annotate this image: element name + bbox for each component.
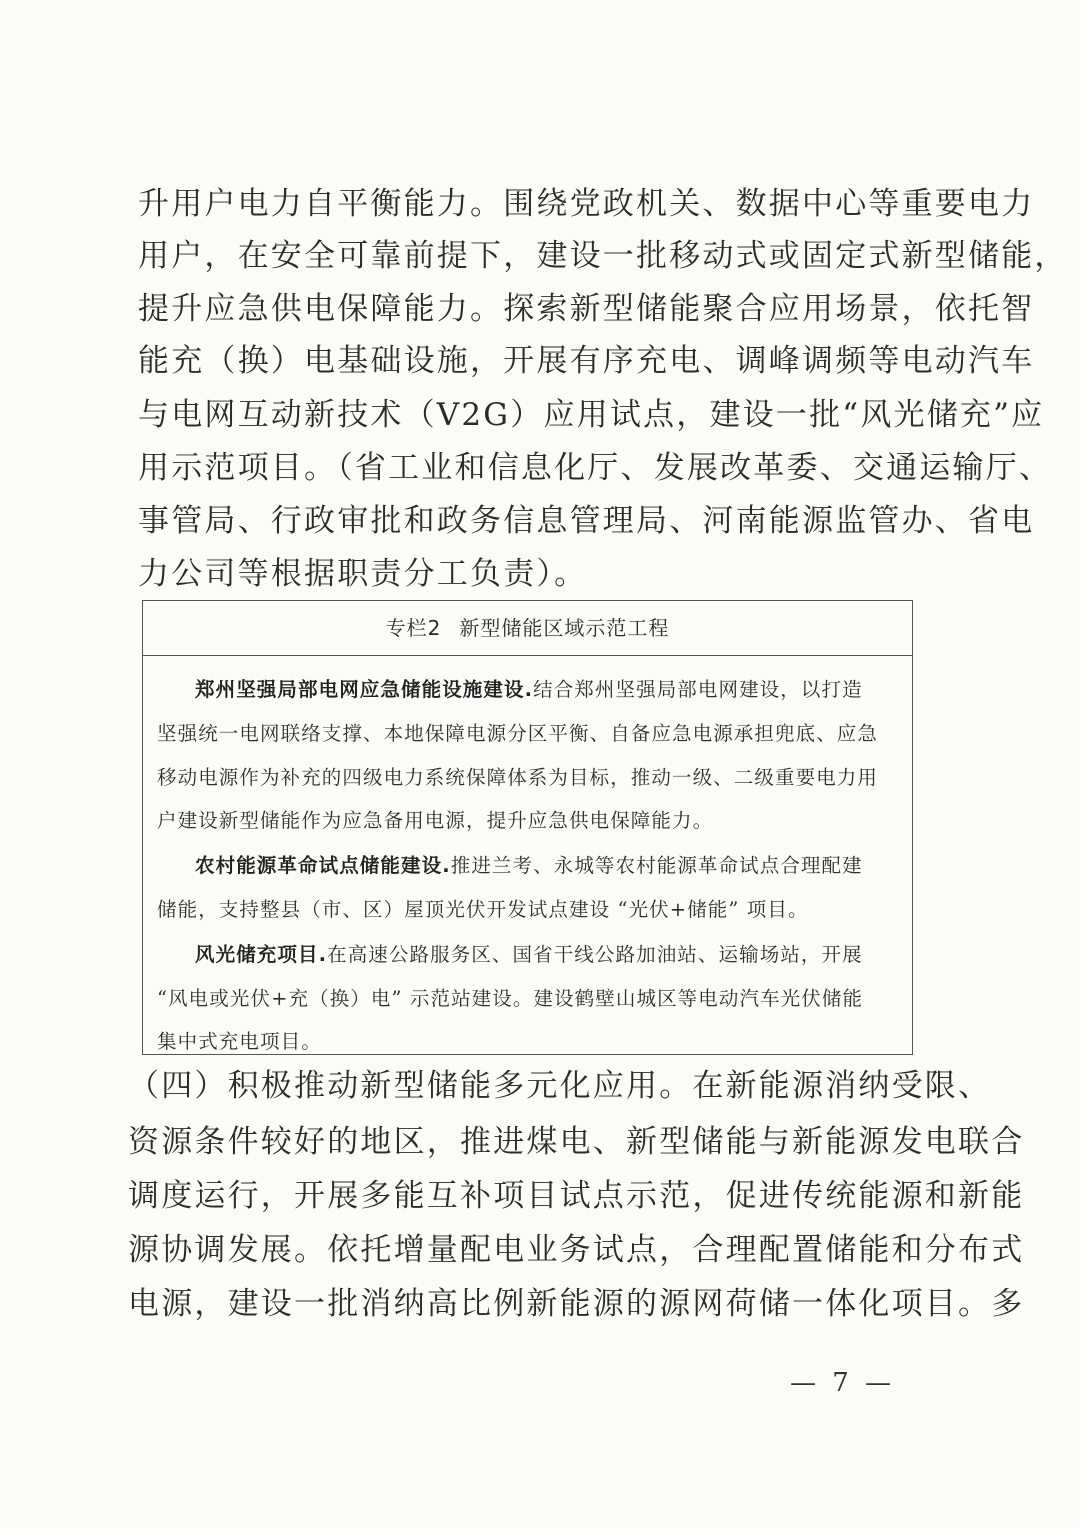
text-line: 能充（换）电基础设施，开展有序充电、调峰调频等电动汽车 — [138, 343, 938, 379]
text-line: 力公司等根据职责分工负责）。 — [138, 556, 938, 592]
box-title-text: 新型储能区域示范工程 — [459, 616, 669, 640]
box-item-text: 结合郑州坚强局部电网建设，以打造 — [533, 678, 863, 701]
text-line: 用户，在安全可靠前提下，建设一批移动式或固定式新型储能， — [138, 238, 938, 274]
box-item-text: 在高速公路服务区、国省干线公路加油站、运输场站，开展 — [327, 943, 863, 966]
box-item-heading: 郑州坚强局部电网应急储能设施建设. — [195, 678, 533, 701]
box-item-heading-line: 农村能源革命试点储能建设.推进兰考、永城等农村能源革命试点合理配建 — [157, 853, 945, 879]
box-title: 专栏2新型储能区域示范工程 — [143, 601, 912, 656]
text-line: 升用户电力自平衡能力。围绕党政机关、数据中心等重要电力 — [138, 186, 938, 222]
page-number: — 7 — — [790, 1368, 895, 1398]
text-line: 调度运行，开展多能互补项目试点示范，促进传统能源和新能 — [128, 1178, 928, 1214]
box-text-line: 移动电源作为补充的四级电力系统保障体系为目标，推动一级、二级重要电力用 — [157, 765, 907, 791]
section-heading-line: （四）积极推动新型储能多元化应用。在新能源消纳受限、 — [128, 1068, 928, 1104]
box-text-line: 集中式充电项目。 — [157, 1029, 907, 1055]
box-item-heading-line: 风光储充项目.在高速公路服务区、国省干线公路加油站、运输场站，开展 — [157, 942, 945, 968]
box-item-heading: 农村能源革命试点储能建设. — [195, 854, 451, 877]
text-line: 电源，建设一批消纳高比例新能源的源网荷储一体化项目。多 — [128, 1286, 928, 1322]
text-line: 源协调发展。依托增量配电业务试点，合理配置储能和分布式 — [128, 1232, 928, 1268]
document-page: 升用户电力自平衡能力。围绕党政机关、数据中心等重要电力 用户，在安全可靠前提下，… — [0, 0, 1080, 1528]
box-text-line: “风电或光伏+充（换）电” 示范站建设。建设鹤壁山城区等电动汽车光伏储能 — [157, 986, 907, 1012]
special-column-box: 专栏2新型储能区域示范工程 郑州坚强局部电网应急储能设施建设.结合郑州坚强局部电… — [142, 600, 913, 1055]
text-line: 资源条件较好的地区，推进煤电、新型储能与新能源发电联合 — [128, 1124, 928, 1160]
box-item-heading-line: 郑州坚强局部电网应急储能设施建设.结合郑州坚强局部电网建设，以打造 — [157, 677, 945, 703]
box-text-line: 储能，支持整县（市、区）屋顶光伏开发试点建设 “光伏+储能” 项目。 — [157, 897, 907, 923]
box-item-heading: 风光储充项目. — [195, 943, 327, 966]
box-item-text: 推进兰考、永城等农村能源革命试点合理配建 — [451, 854, 863, 877]
box-title-number: 专栏2 — [386, 616, 442, 640]
text-line: 用示范项目。（省工业和信息化厅、发展改革委、交通运输厅、 — [138, 450, 938, 486]
box-text-line: 坚强统一电网联络支撑、本地保障电源分区平衡、自备应急电源承担兜底、应急 — [157, 721, 907, 747]
text-line: 提升应急供电保障能力。探索新型储能聚合应用场景，依托智 — [138, 291, 938, 327]
text-line: 事管局、行政审批和政务信息管理局、河南能源监管办、省电 — [138, 503, 938, 539]
text-line: 与电网互动新技术（V2G）应用试点，建设一批“风光储充”应 — [138, 397, 938, 433]
box-text-line: 户建设新型储能作为应急备用电源，提升应急供电保障能力。 — [157, 808, 907, 834]
